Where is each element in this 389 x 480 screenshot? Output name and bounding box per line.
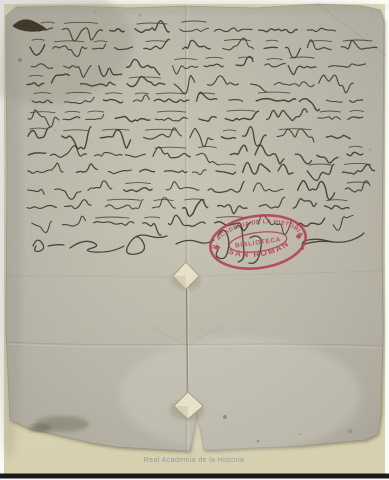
bottom-dark-strip [0, 474, 389, 479]
watermark-caption: Real Academia de la Historia [144, 455, 245, 464]
manuscript-scan: R. ACADEMIA DE LA HISTORIA SAN ROMAN BIB… [0, 0, 389, 480]
manuscript-photo: R. ACADEMIA DE LA HISTORIA SAN ROMAN BIB… [0, 0, 389, 480]
